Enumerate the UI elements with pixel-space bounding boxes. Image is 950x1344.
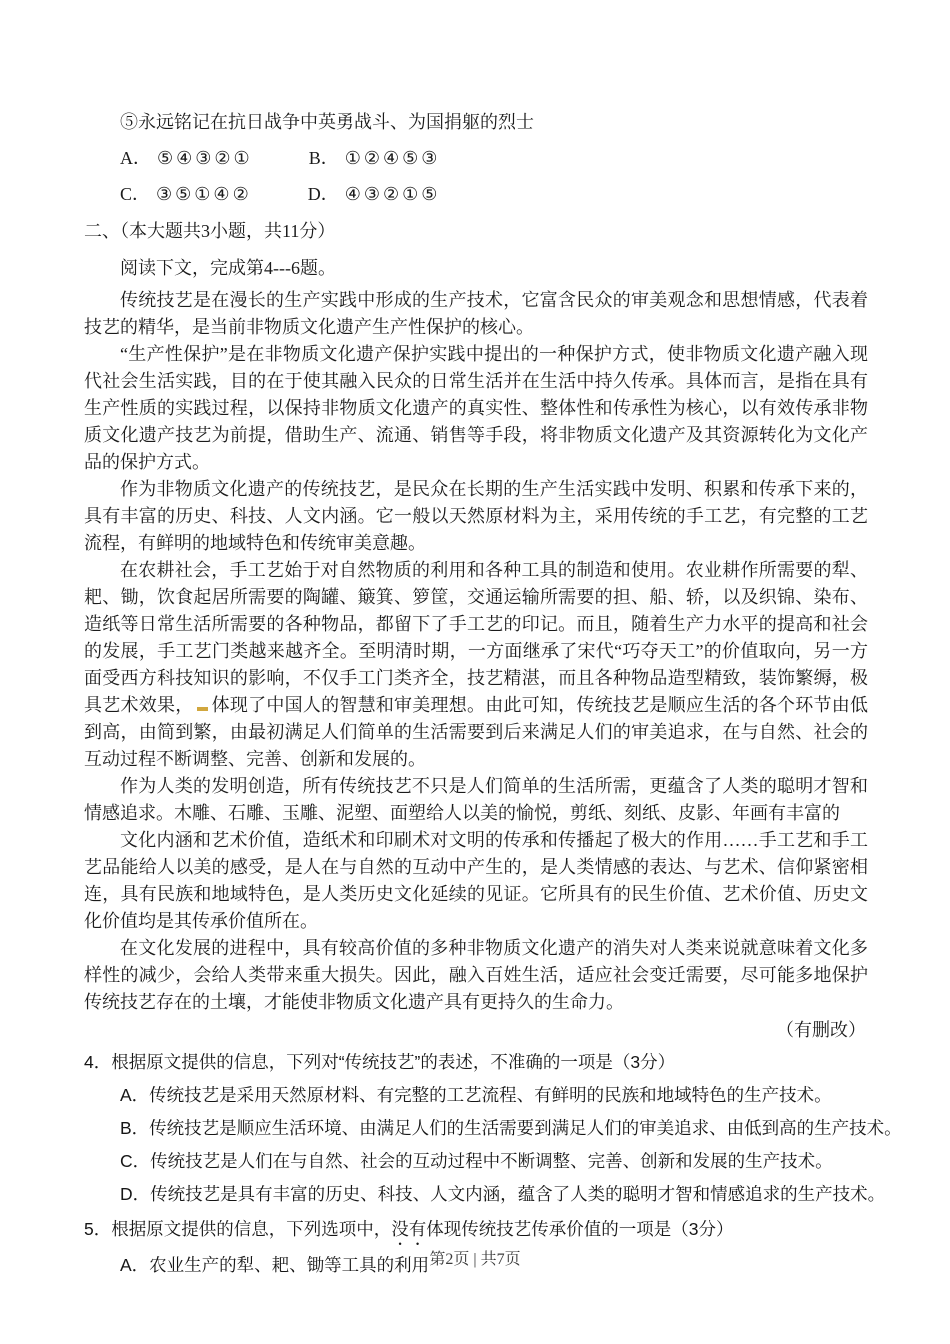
choice-value: ④③②①⑤ <box>345 184 441 204</box>
question3-block: ⑤永远铭记在抗日战争中英勇战斗、为国捐躯的烈士 A．⑤④③②① B．①②④⑤③ … <box>84 106 868 211</box>
question3-choice-b: B．①②④⑤③ <box>309 142 441 175</box>
question3-choice-d: D．④③②①⑤ <box>308 178 441 211</box>
choice-value: ①②④⑤③ <box>345 148 441 168</box>
page-number-footer: 第2页 | 共7页 <box>0 1246 950 1269</box>
passage-paragraph-2: “生产性保护”是在非物质文化遗产保护实践中提出的一种保护方式，使非物质文化遗产融… <box>84 341 868 476</box>
question4-stem: 4．根据原文提供的信息，下列对“传统技艺”的表述，不准确的一项是（3分） <box>84 1046 868 1079</box>
reading-passage: 传统技艺是在漫长的生产实践中形成的生产技术，它富含民众的审美观念和思想情感，代表… <box>84 287 868 1044</box>
choice-label: A． <box>120 148 151 168</box>
question3-choice-a: A．⑤④③②① <box>120 142 253 175</box>
question3-choices-row1: A．⑤④③②① B．①②④⑤③ <box>120 142 868 175</box>
question5-stem: 5．根据原文提供的信息，下列选项中，没有体现传统技艺传承价值的一项是（3分） <box>84 1213 868 1249</box>
question4-option-a: A．传统技艺是采用天然原材料、有完整的工艺流程、有鲜明的民族和地域特色的生产技术… <box>120 1079 868 1112</box>
question4-option-c: C．传统技艺是人们在与自然、社会的互动过程中不断调整、完善、创新和发展的生产技术… <box>120 1145 868 1178</box>
exam-document-page: ⑤永远铭记在抗日战争中英勇战斗、为国捐躯的烈士 A．⑤④③②① B．①②④⑤③ … <box>0 0 950 1344</box>
question4-block: 4．根据原文提供的信息，下列对“传统技艺”的表述，不准确的一项是（3分） A．传… <box>84 1046 868 1211</box>
question4-option-d: D．传统技艺是具有丰富的历史、科技、人文内涵，蕴含了人类的聪明才智和情感追求的生… <box>120 1178 868 1211</box>
question3-choice-c: C．③⑤①④② <box>120 178 252 211</box>
choice-label: D． <box>308 184 339 204</box>
question5-emphasized-word: 没有 <box>391 1219 426 1239</box>
question3-item5: ⑤永远铭记在抗日战争中英勇战斗、为国捐躯的烈士 <box>84 106 868 139</box>
choice-label: C． <box>120 184 150 204</box>
choice-value: ⑤④③②① <box>157 148 253 168</box>
question5-stem-post: 体现传统技艺传承价值的一项是（3分） <box>426 1219 733 1239</box>
question3-choices-row2: C．③⑤①④② D．④③②①⑤ <box>120 178 868 211</box>
choice-value: ③⑤①④② <box>156 184 252 204</box>
passage-paragraph-3: 作为非物质文化遗产的传统技艺，是民众在长期的生产生活实践中发明、积累和传承下来的… <box>84 476 868 557</box>
passage-paragraph-4: 在农耕社会，手工艺始于对自然物质的利用和各种工具的制造和使用。农业耕作所需要的犁… <box>84 557 868 773</box>
passage-paragraph-6: 文化内涵和艺术价值，造纸术和印刷术对文明的传承和传播起了极大的作用……手工艺和手… <box>84 827 868 935</box>
section2-heading: 二、（本大题共3小题，共11分） <box>84 214 868 248</box>
passage-paragraph-1: 传统技艺是在漫长的生产实践中形成的生产技术，它富含民众的审美观念和思想情感，代表… <box>84 287 868 341</box>
passage-paragraph-5: 作为人类的发明创造，所有传统技艺不只是人们简单的生活所需，更蕴含了人类的聪明才智… <box>84 773 868 827</box>
reading-instruction: 阅读下文，完成第4---6题。 <box>84 251 868 285</box>
choice-label: B． <box>309 148 339 168</box>
question4-option-b: B．传统技艺是顺应生活环境、由满足人们的生活需要到满足人们的审美追求、由低到高的… <box>120 1112 868 1145</box>
question5-stem-pre: 5．根据原文提供的信息，下列选项中， <box>84 1219 391 1239</box>
yellow-highlight-mark <box>197 707 208 711</box>
source-edit-note: （有删改） <box>84 1016 868 1044</box>
passage-paragraph-7: 在文化发展的进程中，具有较高价值的多种非物质文化遗产的消失对人类来说就意味着文化… <box>84 935 868 1016</box>
paragraph4-text-before-mark: 在农耕社会，手工艺始于对自然物质的利用和各种工具的制造和使用。农业耕作所需要的犁… <box>84 560 868 715</box>
